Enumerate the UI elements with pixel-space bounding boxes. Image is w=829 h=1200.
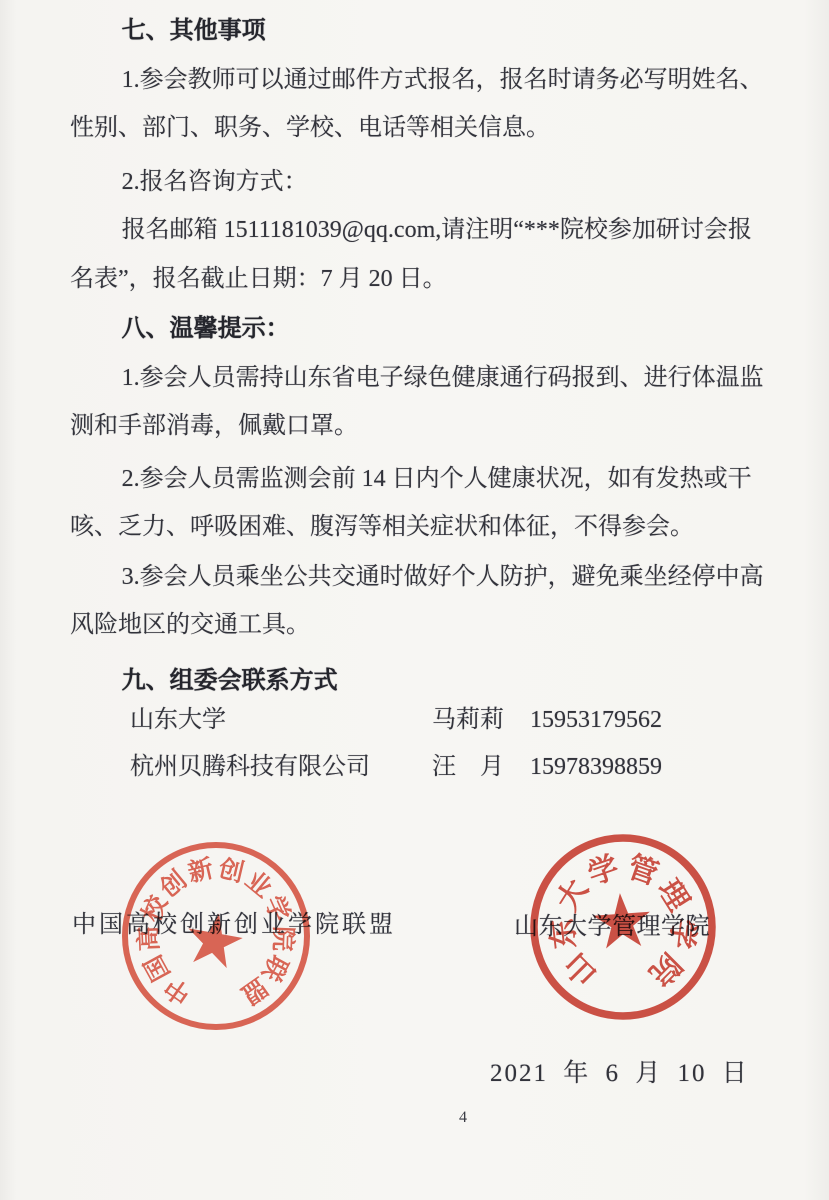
text-line: 名表”，报名截止日期：7 月 20 日。 — [70, 255, 770, 304]
text-line: 3.参会人员乘坐公共交通时做好个人防护，避免乘坐经停中高 — [70, 553, 770, 602]
seal-graphic: 山东大学管理学院 — [523, 827, 723, 1027]
text-line: 1.参会人员需持山东省电子绿色健康通行码报到、进行体温监 — [70, 354, 770, 403]
seal-character: 高 — [134, 926, 164, 952]
page-number: 4 — [459, 1108, 467, 1128]
seal-character: 学 — [584, 850, 623, 891]
paragraph: 2.参会人员需监测会前 14 日内个人健康状况，如有发热或干咳、乏力、呼吸困难、… — [70, 455, 770, 552]
paragraph: 1.参会教师可以通过邮件方式报名，报名时请务必写明姓名、性别、部门、职务、学校、… — [70, 56, 770, 153]
contact-cname: 马莉莉 — [432, 697, 530, 744]
contact-row: 山东大学马莉莉15953179562 — [70, 697, 770, 744]
text-line: 报名邮箱 1511181039@qq.com,请注明“***院校参加研讨会报 — [70, 206, 770, 255]
seal-character: 东 — [546, 917, 582, 951]
contact-cphone: 15978398859 — [530, 744, 662, 791]
paragraph: 1.参会人员需持山东省电子绿色健康通行码报到、进行体温监测和手部消毒，佩戴口罩。 — [70, 354, 770, 451]
seal-character: 理 — [651, 874, 695, 917]
star-icon — [591, 891, 652, 949]
text-line: 风险地区的交通工具。 — [70, 601, 770, 650]
text-line: 性别、部门、职务、学校、电话等相关信息。 — [70, 104, 770, 153]
text-line: 2.报名咨询方式： — [70, 158, 770, 207]
seal-character: 山 — [559, 947, 604, 992]
paragraph: 3.参会人员乘坐公共交通时做好个人防护，避免乘坐经停中高风险地区的交通工具。 — [70, 553, 770, 650]
seal-graphic: 中国高校创新创业学院联盟 — [116, 836, 316, 1036]
alliance-round-seal: 中国高校创新创业学院联盟 — [116, 836, 316, 1036]
scanned-document-page: 七、其他事项1.参会教师可以通过邮件方式报名，报名时请务必写明姓名、性别、部门、… — [0, 0, 829, 1200]
text-line: 2.参会人员需监测会前 14 日内个人健康状况，如有发热或干 — [70, 455, 770, 504]
seal-character: 创 — [215, 853, 247, 887]
paragraph: 2.报名咨询方式： — [70, 158, 770, 207]
contact-org: 山东大学 — [130, 697, 432, 744]
contact-row: 杭州贝腾科技有限公司汪 月15978398859 — [70, 744, 770, 791]
text-line: 八、温馨提示： — [70, 305, 770, 354]
text-line: 1.参会教师可以通过邮件方式报名，报名时请务必写明姓名、 — [70, 56, 770, 105]
section-heading: 七、其他事项 — [70, 7, 770, 56]
seal-character: 院 — [643, 947, 688, 992]
star-icon — [183, 909, 246, 970]
section-heading: 八、温馨提示： — [70, 305, 770, 354]
contact-cname: 汪 月 — [432, 744, 530, 791]
seal-character: 管 — [623, 850, 662, 891]
contact-cphone: 15953179562 — [530, 697, 662, 744]
text-line: 咳、乏力、呼吸困难、腹泻等相关症状和体征，不得参会。 — [70, 503, 770, 552]
school-round-seal: 山东大学管理学院 — [523, 827, 723, 1027]
document-date: 2021 年 6 月 10 日 — [490, 1058, 749, 1090]
contact-org: 杭州贝腾科技有限公司 — [130, 744, 432, 791]
contact-list: 山东大学马莉莉15953179562杭州贝腾科技有限公司汪 月159783988… — [70, 697, 770, 791]
text-line: 测和手部消毒，佩戴口罩。 — [70, 402, 770, 451]
seal-character: 大 — [551, 874, 595, 917]
seal-character: 新 — [185, 854, 216, 888]
seal-character: 院 — [268, 926, 297, 952]
paragraph: 报名邮箱 1511181039@qq.com,请注明“***院校参加研讨会报名表… — [70, 206, 770, 303]
text-line: 七、其他事项 — [70, 7, 770, 56]
document-blocks: 七、其他事项1.参会教师可以通过邮件方式报名，报名时请务必写明姓名、性别、部门、… — [70, 7, 770, 705]
document-body: 七、其他事项1.参会教师可以通过邮件方式报名，报名时请务必写明姓名、性别、部门、… — [70, 7, 770, 791]
seal-character: 学 — [664, 917, 700, 951]
